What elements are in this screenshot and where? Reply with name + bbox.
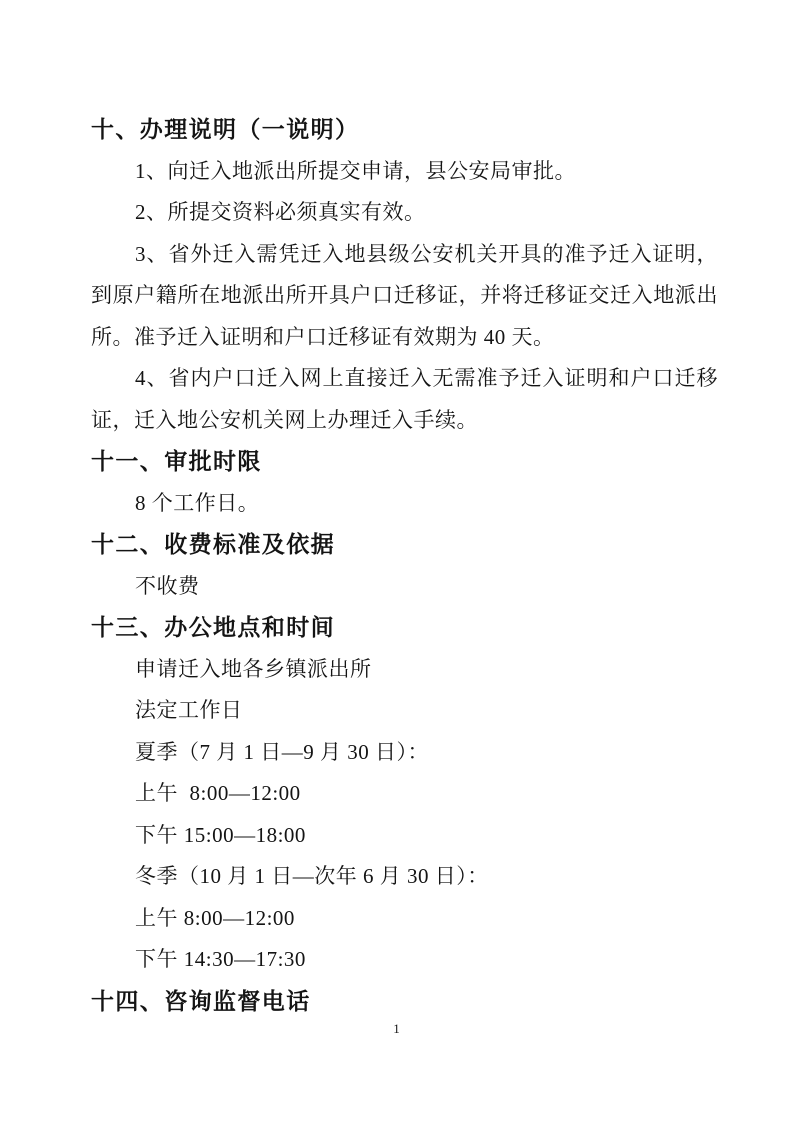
page-number: 1 bbox=[0, 1021, 793, 1037]
body-paragraph: 8 个工作日。 bbox=[91, 483, 718, 525]
body-paragraph: 1、向迁入地派出所提交申请，县公安局审批。 bbox=[91, 151, 718, 193]
section-heading: 十三、办公地点和时间 bbox=[91, 607, 718, 649]
section-heading: 十二、收费标准及依据 bbox=[91, 524, 718, 566]
body-paragraph: 冬季（10 月 1 日—次年 6 月 30 日）： bbox=[91, 856, 718, 898]
document-page: { "page": { "background_color": "#ffffff… bbox=[0, 0, 793, 1122]
body-paragraph: 下午 15:00—18:00 bbox=[91, 815, 718, 857]
section-heading: 十、办理说明（一说明） bbox=[91, 109, 718, 151]
body-paragraph: 2、所提交资料必须真实有效。 bbox=[91, 192, 718, 234]
body-paragraph: 法定工作日 bbox=[91, 690, 718, 732]
body-paragraph: 4、省内户口迁入网上直接迁入无需准予迁入证明和户口迁移证，迁入地公安机关网上办理… bbox=[91, 358, 718, 441]
body-paragraph: 3、省外迁入需凭迁入地县级公安机关开具的准予迁入证明，到原户籍所在地派出所开具户… bbox=[91, 234, 718, 359]
body-paragraph: 上午 8:00—12:00 bbox=[91, 898, 718, 940]
body-paragraph: 夏季（7 月 1 日—9 月 30 日）： bbox=[91, 732, 718, 774]
section-heading: 十四、咨询监督电话 bbox=[91, 981, 718, 1023]
body-paragraph: 下午 14:30—17:30 bbox=[91, 939, 718, 981]
section-heading: 十一、审批时限 bbox=[91, 441, 718, 483]
body-paragraph: 不收费 bbox=[91, 566, 718, 608]
document-body: 十、办理说明（一说明）1、向迁入地派出所提交申请，县公安局审批。2、所提交资料必… bbox=[91, 109, 718, 1022]
body-paragraph: 申请迁入地各乡镇派出所 bbox=[91, 649, 718, 691]
body-paragraph: 上午 8:00—12:00 bbox=[91, 773, 718, 815]
